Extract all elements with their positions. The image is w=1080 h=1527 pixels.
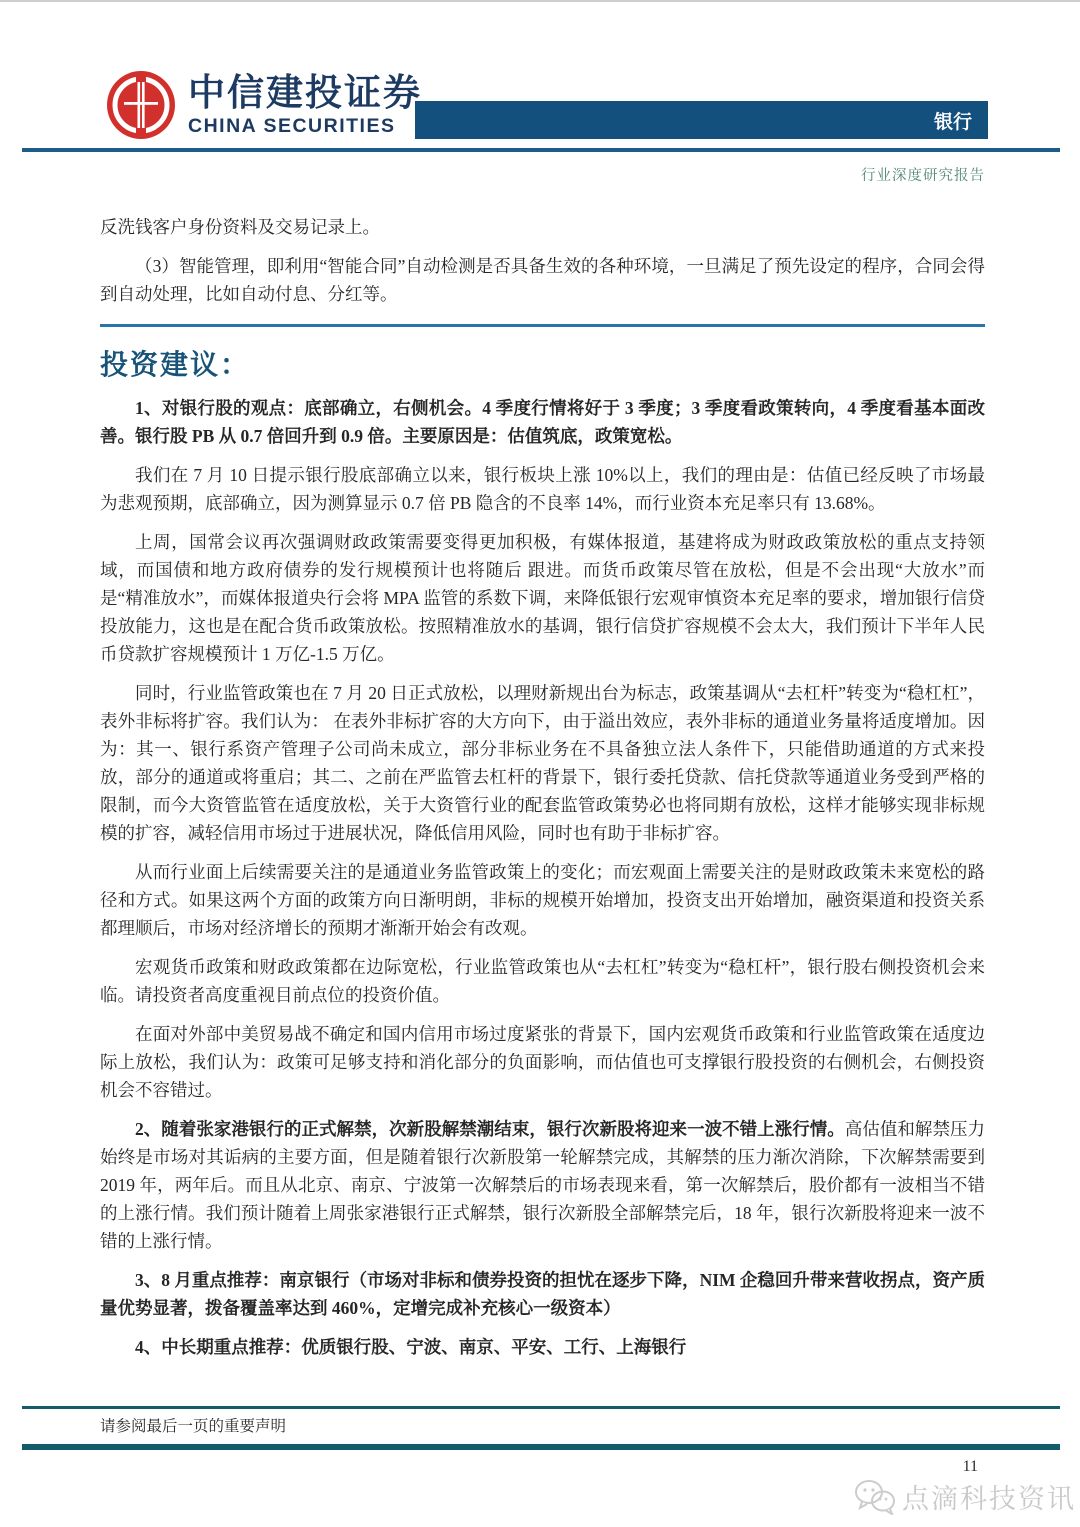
paragraph: 上周，国常会议再次强调财政政策需要变得更加积极，有媒体报道，基建将成为财政政策放…	[100, 528, 985, 668]
category-badge: 银行	[934, 107, 972, 134]
report-type-label: 行业深度研究报告	[861, 164, 985, 185]
page-number: 11	[963, 1458, 978, 1476]
logo-name-en: CHINA SECURITIES	[188, 116, 422, 136]
recommendation-paragraphs: 1、对银行股的观点：底部确立，右侧机会。4 季度行情将好于 3 季度；3 季度看…	[100, 394, 985, 1361]
paragraph: 同时，行业监管政策也在 7 月 20 日正式放松，以理财新规出台为标志，政策基调…	[100, 679, 985, 847]
paragraph: 3、8 月重点推荐：南京银行（市场对非标和债券投资的担忧在逐步下降，NIM 企稳…	[100, 1266, 985, 1322]
paragraph: 2、随着张家港银行的正式解禁，次新股解禁潮结束，银行次新股将迎来一波不错上涨行情…	[100, 1115, 985, 1255]
logo-text: 中信建投证券 CHINA SECURITIES	[188, 74, 422, 136]
watermark: 点滴科技资讯	[854, 1477, 1076, 1516]
report-page: 中信建投证券 CHINA SECURITIES 银行 行业深度研究报告 反洗钱客…	[0, 0, 1080, 1527]
paragraph: 1、对银行股的观点：底部确立，右侧机会。4 季度行情将好于 3 季度；3 季度看…	[100, 394, 985, 450]
section-title: 投资建议：	[100, 343, 985, 383]
company-logo: 中信建投证券 CHINA SECURITIES	[106, 70, 422, 140]
footer-divider-top	[22, 1406, 1060, 1409]
logo-name-cn: 中信建投证券	[188, 74, 422, 113]
header-divider	[22, 148, 1060, 152]
watermark-wechat-icon	[854, 1479, 896, 1515]
paragraph: （3）智能管理，即利用“智能合同”自动检测是否具备生效的各种环境，一旦满足了预先…	[100, 252, 985, 308]
paragraph: 4、中长期重点推荐：优质银行股、宁波、南京、平安、工行、上海银行	[100, 1333, 985, 1361]
section-divider	[100, 324, 985, 327]
watermark-text: 点滴科技资讯	[902, 1477, 1076, 1516]
page-header: 中信建投证券 CHINA SECURITIES 银行 行业深度研究报告	[0, 2, 1080, 202]
paragraph: 反洗钱客户身份资料及交易记录上。	[100, 213, 985, 241]
intro-paragraphs: 反洗钱客户身份资料及交易记录上。（3）智能管理，即利用“智能合同”自动检测是否具…	[100, 213, 985, 308]
paragraph: 宏观货币政策和财政政策都在边际宽松，行业监管政策也从“去杠杠”转变为“稳杠杆”，…	[100, 953, 985, 1009]
footer-divider-bottom	[22, 1444, 1060, 1450]
paragraph: 我们在 7 月 10 日提示银行股底部确立以来，银行板块上涨 10%以上，我们的…	[100, 461, 985, 517]
footer-disclaimer: 请参阅最后一页的重要声明	[100, 1414, 286, 1436]
category-bar: 银行	[415, 101, 988, 139]
paragraph: 从而行业面上后续需要关注的是通道业务监管政策上的变化；而宏观面上需要关注的是财政…	[100, 858, 985, 942]
citic-logo-icon	[106, 70, 176, 140]
report-body: 反洗钱客户身份资料及交易记录上。（3）智能管理，即利用“智能合同”自动检测是否具…	[100, 202, 985, 1402]
paragraph: 在面对外部中美贸易战不确定和国内信用市场过度紧张的背景下，国内宏观货币政策和行业…	[100, 1020, 985, 1104]
